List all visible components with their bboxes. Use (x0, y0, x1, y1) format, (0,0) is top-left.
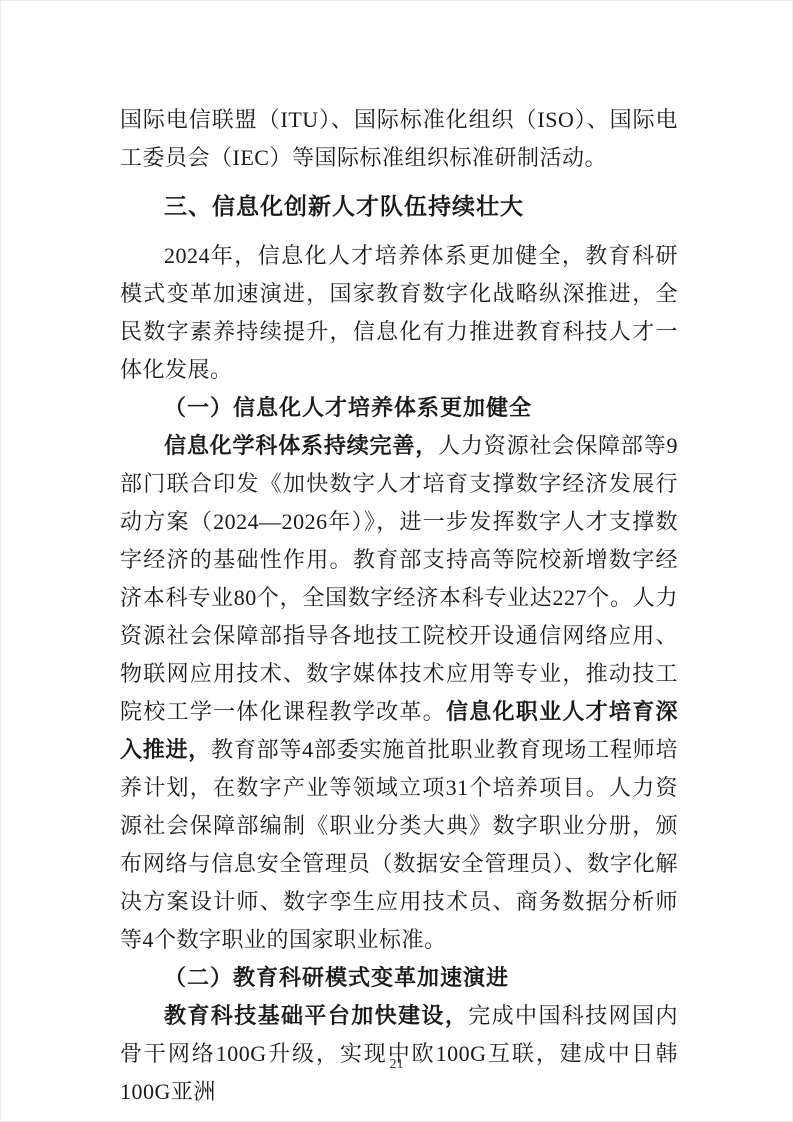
text-run: 国际电信联盟（ITU）、国际标准化组织（ISO）、国际电工委员会（IEC）等国际… (120, 107, 678, 170)
page-number: 21 (1, 1057, 792, 1073)
subsection-heading: （一）信息化人才培养体系更加健全 (120, 389, 678, 427)
paragraph: 国际电信联盟（ITU）、国际标准化组织（ISO）、国际电工委员会（IEC）等国际… (120, 101, 678, 177)
document-body: 国际电信联盟（ITU）、国际标准化组织（ISO）、国际电工委员会（IEC）等国际… (120, 101, 678, 1111)
text-run: 2024年，信息化人才培养体系更加健全，教育科研模式变革加速演进，国家教育数字化… (120, 243, 678, 382)
text-run: 三、信息化创新人才队伍持续壮大 (164, 193, 524, 219)
text-run: 人力资源社会保障部等9部门联合印发《加快数字人才培育支撑数字经济发展行动方案（2… (120, 433, 678, 724)
text-run: 教育科技基础平台加快建设， (164, 1003, 468, 1028)
text-run: （二）教育科研模式变革加速演进 (164, 965, 509, 990)
text-run: 信息化学科体系持续完善， (164, 433, 438, 458)
subsection-heading: （二）教育科研模式变革加速演进 (120, 959, 678, 997)
text-run: 教育部等4部委实施首批职业教育现场工程师培养计划，在数字产业等领域立项31个培养… (120, 737, 678, 952)
paragraph: 教育科技基础平台加快建设，完成中国科技网国内骨干网络100G升级，实现中欧100… (120, 997, 678, 1111)
paragraph: 2024年，信息化人才培养体系更加健全，教育科研模式变革加速演进，国家教育数字化… (120, 237, 678, 389)
section-heading: 三、信息化创新人才队伍持续壮大 (120, 187, 678, 225)
text-run: （一）信息化人才培养体系更加健全 (164, 395, 532, 420)
document-page: 国际电信联盟（ITU）、国际标准化组织（ISO）、国际电工委员会（IEC）等国际… (0, 0, 793, 1122)
paragraph: 信息化学科体系持续完善，人力资源社会保障部等9部门联合印发《加快数字人才培育支撑… (120, 427, 678, 959)
